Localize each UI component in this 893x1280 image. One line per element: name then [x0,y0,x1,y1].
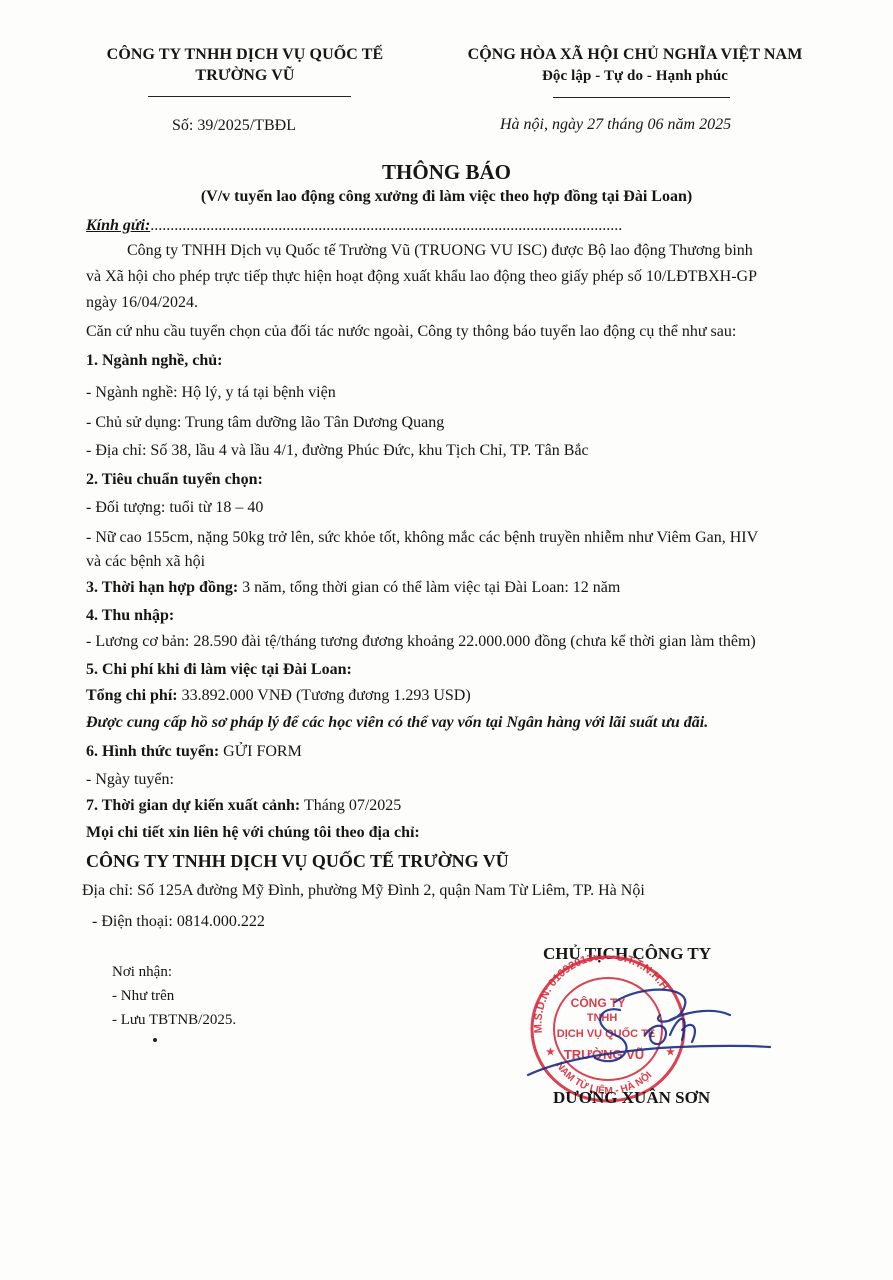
section-1-heading: 1. Ngành nghề, chủ: [86,351,222,371]
section-7-text: Tháng 07/2025 [300,797,401,814]
section-5-heading: 5. Chi phí khi đi làm việc tại Đài Loan: [86,660,352,680]
document-subtitle: (V/v tuyển lao động công xưởng đi làm vi… [0,188,893,206]
section-4-item: - Lương cơ bản: 28.590 đài tệ/tháng tươn… [86,632,756,652]
section-3-text: 3 năm, tổng thời gian có thể làm việc tạ… [238,579,620,596]
section-6-item: - Ngày tuyển: [86,770,174,790]
right-header-divider [553,97,730,98]
company-line-2: TRƯỜNG VŨ [90,67,400,85]
intro-line-3: ngày 16/04/2024. [86,293,198,313]
section-2-item: và các bệnh xã hội [86,552,205,572]
document-title: THÔNG BÁO [0,160,893,185]
salutation-dots: ........................................… [150,217,622,234]
recipient-item: - Như trên [112,984,236,1008]
contact-intro: Mọi chi tiết xin liên hệ với chúng tôi t… [86,823,420,843]
company-name-header: CÔNG TY TNHH DỊCH VỤ QUỐC TẾ TRƯỜNG VŨ [90,46,400,85]
section-2-item: - Nữ cao 155cm, nặng 50kg trở lên, sức k… [86,528,758,548]
nation-title: CỘNG HÒA XÃ HỘI CHỦ NGHĨA VIỆT NAM [450,46,820,64]
document-number: Số: 39/2025/TBĐL [172,117,296,135]
section-2-item: - Đối tượng: tuổi từ 18 – 40 [86,498,263,518]
company-line-1: CÔNG TY TNHH DỊCH VỤ QUỐC TẾ [90,46,400,64]
section-7: 7. Thời gian dự kiến xuất cảnh: Tháng 07… [86,796,401,816]
salutation-label: Kính gửi: [86,217,150,234]
intro-line-1: Công ty TNHH Dịch vụ Quốc tế Trường Vũ (… [127,241,753,261]
signature-ink [520,980,780,1080]
section-2-heading: 2. Tiêu chuẩn tuyển chọn: [86,470,263,490]
recipients: Nơi nhận: - Như trên - Lưu TBTNB/2025. [112,960,236,1032]
section-1-item: - Chủ sử dụng: Trung tâm dưỡng lão Tân D… [86,413,444,433]
contact-company: CÔNG TY TNHH DỊCH VỤ QUỐC TẾ TRƯỜNG VŨ [86,851,509,871]
section-6-heading: 6. Hình thức tuyển: [86,743,219,760]
signatory-name: DƯƠNG XUÂN SƠN [553,1088,710,1108]
section-5-note: Được cung cấp hồ sơ pháp lý để các học v… [86,713,708,733]
section-3: 3. Thời hạn hợp đồng: 3 năm, tổng thời g… [86,578,620,598]
section-3-heading: 3. Thời hạn hợp đồng: [86,579,238,596]
place-date: Hà nội, ngày 27 tháng 06 năm 2025 [500,116,731,134]
recipients-label: Nơi nhận: [112,960,236,984]
contact-phone: - Điện thoại: 0814.000.222 [92,912,265,932]
recipient-item: - Lưu TBTNB/2025. [112,1008,236,1032]
total-cost-value: 33.892.000 VNĐ (Tương đương 1.293 USD) [178,687,471,704]
section-1-item: - Ngành nghề: Hộ lý, y tá tại bệnh viện [86,383,336,403]
intro-line-2: và Xã hội cho phép trực tiếp thực hiện h… [86,267,757,287]
salutation: Kính gửi:...............................… [86,216,622,236]
section-7-heading: 7. Thời gian dự kiến xuất cảnh: [86,797,300,814]
contact-address: Địa chỉ: Số 125A đường Mỹ Đình, phường M… [82,881,645,901]
national-motto: Độc lập - Tự do - Hạnh phúc [450,68,820,85]
section-6-text: GỬI FORM [219,743,302,760]
section-5-total: Tổng chi phí: 33.892.000 VNĐ (Tương đươn… [86,686,471,706]
left-header-divider [148,96,351,97]
section-4-heading: 4. Thu nhập: [86,606,174,626]
section-6: 6. Hình thức tuyển: GỬI FORM [86,742,302,762]
intro-line-4: Căn cứ nhu cầu tuyển chọn của đối tác nư… [86,322,736,342]
section-1-item: - Địa chỉ: Số 38, lầu 4 và lầu 4/1, đườn… [86,441,589,461]
total-cost-label: Tổng chi phí: [86,687,178,704]
stray-dot [153,1038,157,1042]
national-header: CỘNG HÒA XÃ HỘI CHỦ NGHĨA VIỆT NAM Độc l… [450,46,820,85]
